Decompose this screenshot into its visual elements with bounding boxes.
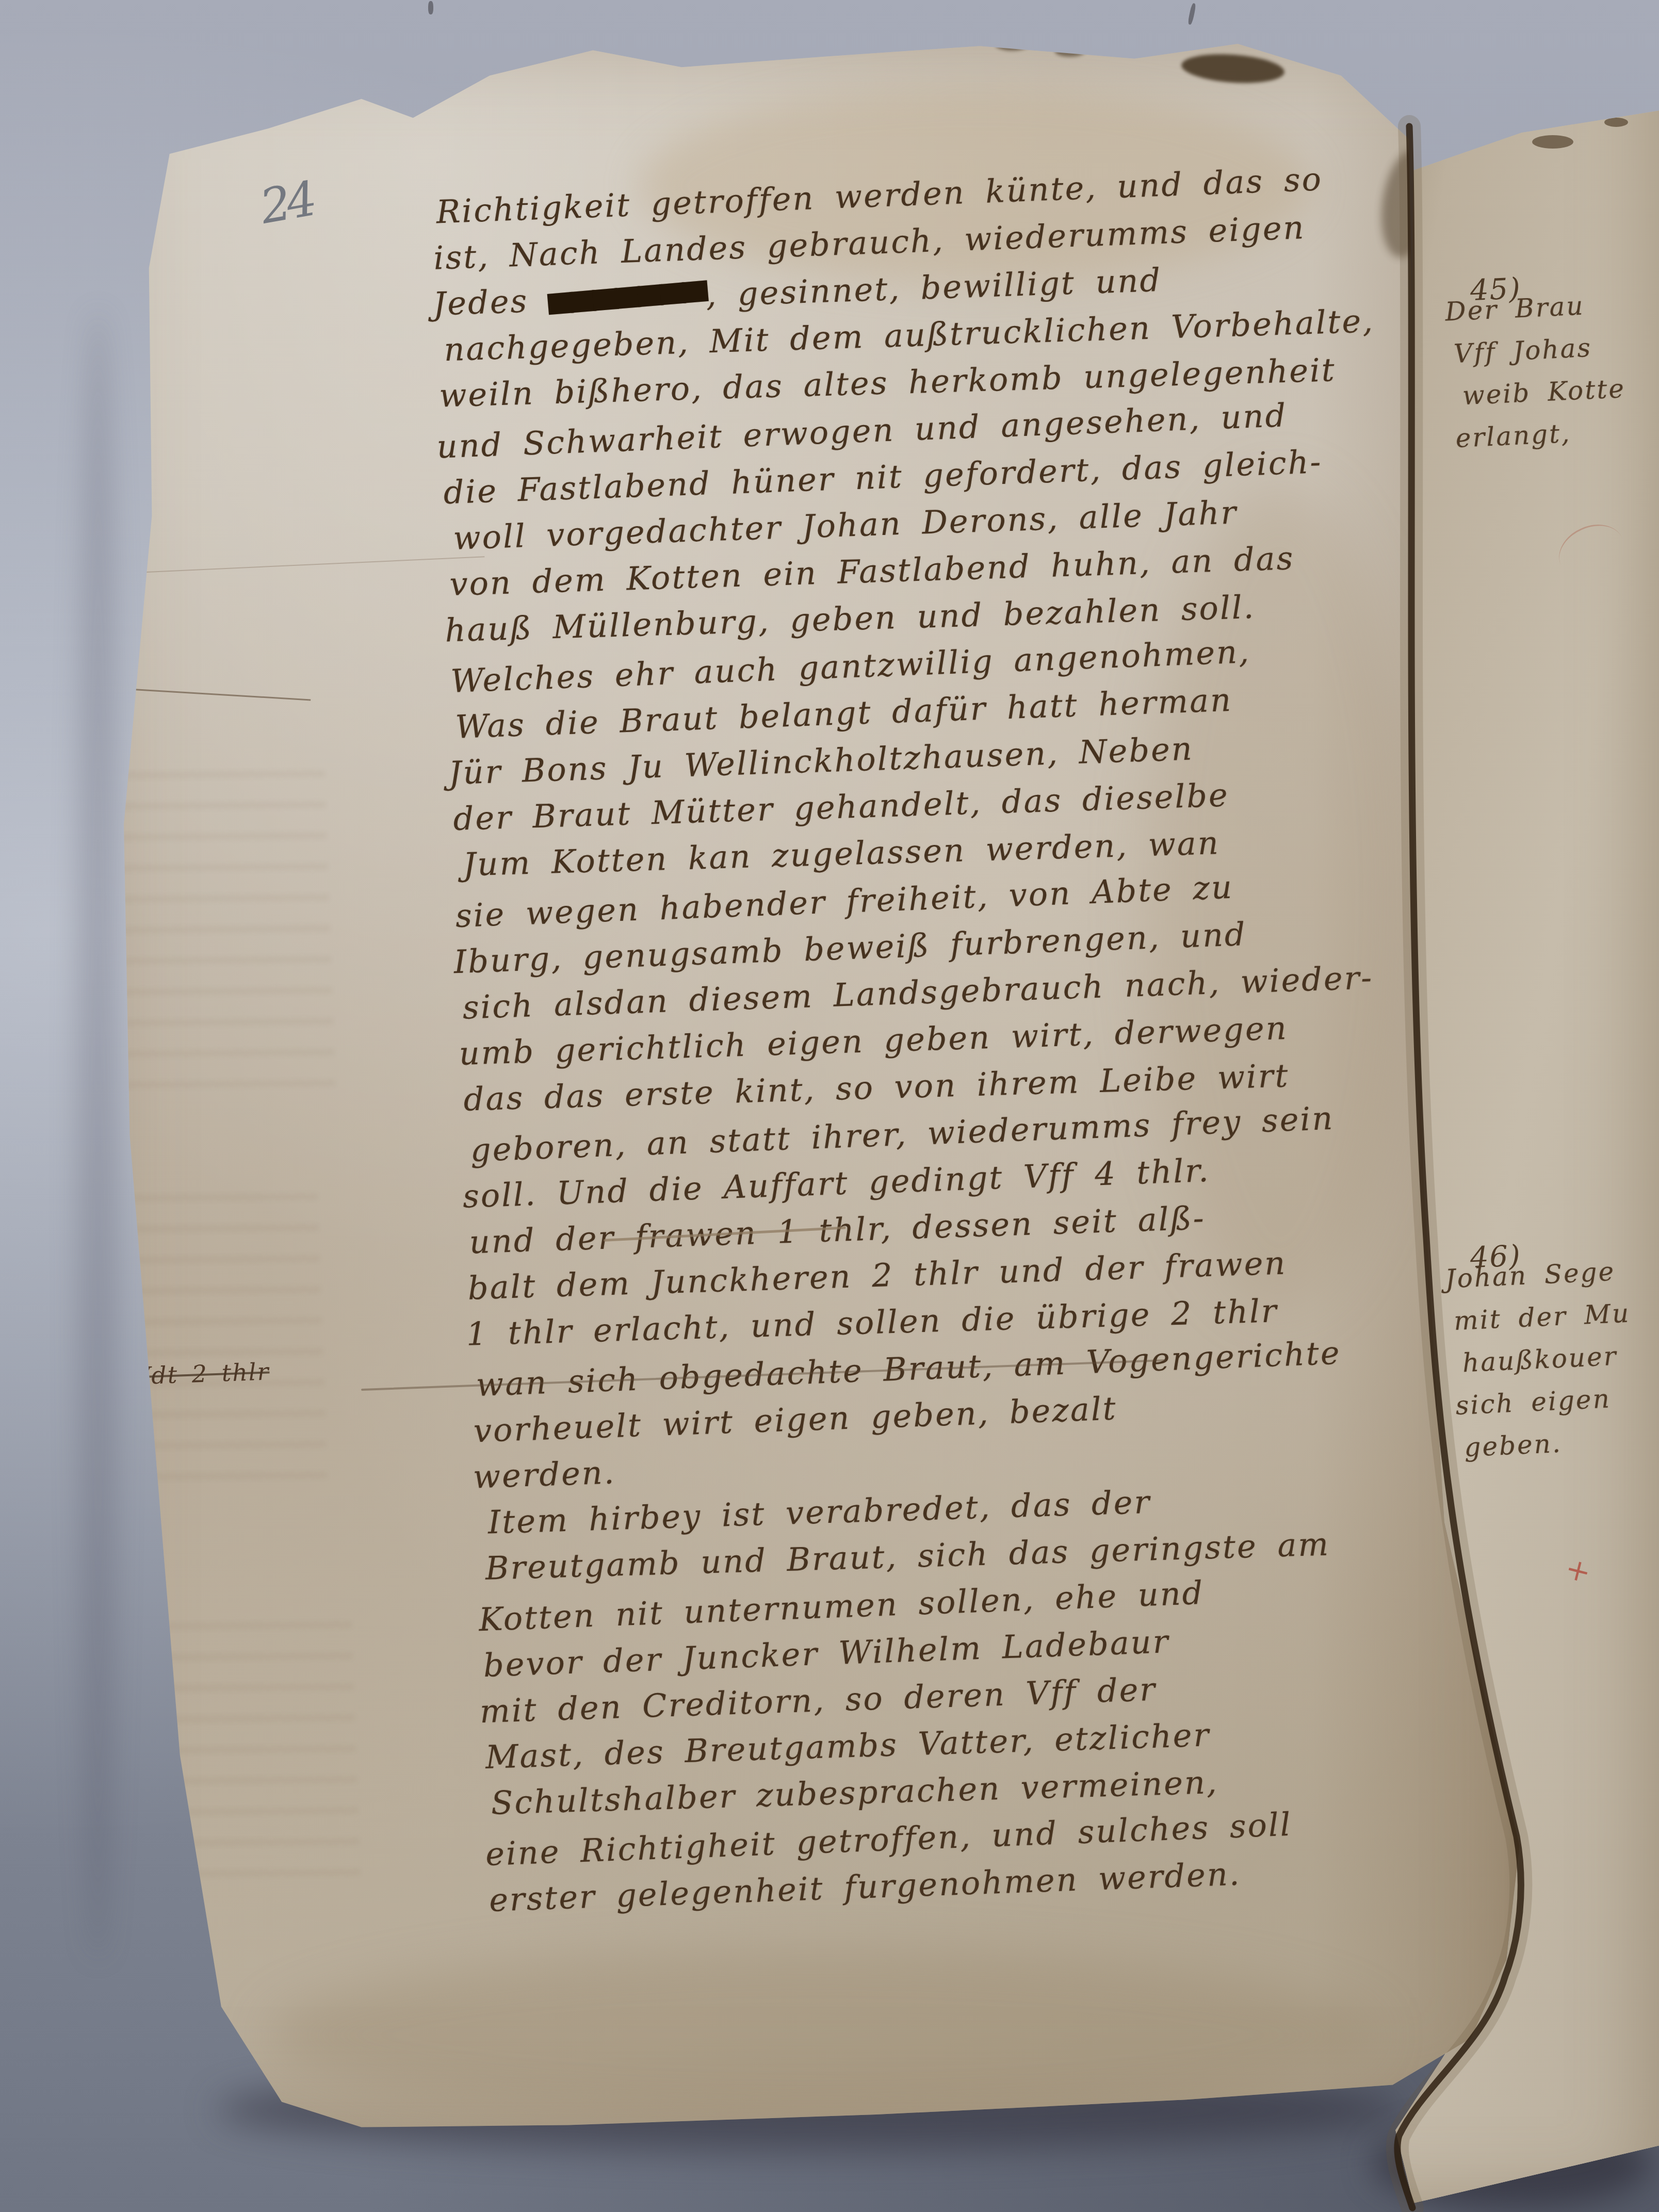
dirt-spot bbox=[1055, 46, 1085, 57]
handwriting-line: vorheuelt wirt eigen geben, bezalt bbox=[473, 1373, 1450, 1455]
handwriting-line: wan sich obgedachte Braut, am Vogengeric… bbox=[475, 1325, 1448, 1408]
handwriting-line: mit den Creditorn, so deren Vff der bbox=[479, 1655, 1459, 1735]
handwriting-line: Welches ehr auch gantzwillig angenohmen, bbox=[450, 622, 1425, 705]
handwriting-line: werden. bbox=[472, 1421, 1451, 1501]
handwriting-line: Breutgamb und Braut, sich das geringste … bbox=[485, 1517, 1455, 1591]
crease-line bbox=[124, 556, 484, 574]
left-page: 24 Richtigkeit getroffen werden künte, u… bbox=[72, 21, 1548, 2136]
handwriting-line: Jedes ███████, gesinnet, bewilligt und bbox=[432, 248, 1412, 328]
handwriting-line: Iburg, genugsamb beweiß furbrengen, und bbox=[453, 904, 1434, 985]
handwriting-line: und Schwarheit erwogen und angesehen, un… bbox=[436, 387, 1417, 470]
backdrop-speck bbox=[1188, 3, 1197, 25]
red-ink-mark: + bbox=[1562, 1550, 1595, 1590]
handwriting-line: geboren, an statt ihrer, wiederumms frey… bbox=[469, 1091, 1440, 1174]
handwriting-line: eine Richtigheit getroffen, und sulches … bbox=[485, 1794, 1464, 1878]
handwriting-line: Kotten nit unternumen sollen, ehe und bbox=[478, 1560, 1456, 1644]
handwriting-line: Item hirbey ist verabredet, das der bbox=[487, 1469, 1453, 1546]
entry-number: 45) bbox=[1469, 272, 1522, 307]
handwriting-line: Mast, des Breutgambs Vatter, etzlicher bbox=[485, 1703, 1461, 1781]
handwriting-line: soll. Und die Auffart gedingt Vff 4 thlr… bbox=[462, 1138, 1442, 1220]
handwriting-line: 1 thlr erlacht, und sollen die übrige 2 … bbox=[465, 1282, 1446, 1358]
handwriting-line: bevor der Juncker Wilhelm Ladebaur bbox=[482, 1607, 1457, 1688]
manuscript-photo: 45)Der BrauVff Johasweib Kotteerlangt,46… bbox=[0, 0, 1659, 2212]
dirt-spot bbox=[996, 39, 1029, 51]
dirt-spot bbox=[1604, 118, 1628, 127]
handwriting-line: von dem Kotten ein Fastlabend huhn, an d… bbox=[449, 531, 1422, 608]
handwriting-line: Jum Kotten kan zugelassen werden, wan bbox=[462, 813, 1431, 888]
handwriting-fragment: , gesinnet, bewilligt und bbox=[705, 261, 1162, 314]
handwriting-line: sich alsdan diesem Landsgebrauch nach, w… bbox=[462, 952, 1436, 1031]
paper-stain bbox=[1145, 485, 1413, 1310]
handwriting-line: balt dem Junckheren 2 thlr und der frawe… bbox=[467, 1234, 1445, 1312]
paper-stain bbox=[640, 88, 1310, 284]
dirt-spot bbox=[593, 25, 673, 52]
ink-blot: ███████ bbox=[547, 278, 707, 317]
handwriting-line: nachgegeben, Mit dem außtrucklichen Vorb… bbox=[443, 296, 1414, 373]
handwriting-line: das das erste kint, so von ihrem Leibe w… bbox=[463, 1048, 1439, 1123]
bleed-through bbox=[129, 1606, 361, 1902]
page-number: 24 bbox=[256, 171, 317, 235]
handwriting-line: die Fastlabend hüner nit gefordert, das … bbox=[443, 435, 1419, 516]
handwriting-line: der Braut Mütter gehandelt, das dieselbe bbox=[452, 765, 1429, 842]
page-shadow bbox=[77, 310, 119, 1960]
bleed-through bbox=[95, 1178, 328, 1505]
dirt-spot bbox=[376, 48, 486, 84]
handwriting-block: Richtigkeit getroffen werden künte, und … bbox=[428, 154, 1466, 1923]
dirt-spot bbox=[1532, 135, 1573, 149]
dirt-spot bbox=[75, 46, 153, 124]
handwriting-line: erster gelegenheit furgenohmen werden. bbox=[489, 1842, 1466, 1924]
handwriting-line: Was die Braut belangt dafür hatt herman bbox=[454, 669, 1426, 750]
entry-number: 46) bbox=[1469, 1239, 1522, 1275]
handwriting-line: und der frawen 1 thlr, dessen seit alß- bbox=[468, 1186, 1443, 1266]
backdrop-speck bbox=[428, 1, 433, 14]
handwriting-line: Jür Bons Ju Wellinckholtzhausen, Neben bbox=[448, 717, 1428, 796]
handwriting-line: woll vorgedachter Johan Derons, alle Jah… bbox=[452, 483, 1420, 562]
handwriting-line: Richtigkeit getroffen werden künte, und … bbox=[435, 152, 1409, 235]
handwriting-line: weiln bißhero, das altes herkomb ungeleg… bbox=[438, 344, 1416, 419]
handwriting-fragment: Jedes bbox=[432, 281, 549, 322]
handwriting-line: Schultshalber zubesprachen vermeinen, bbox=[491, 1751, 1462, 1826]
handwriting-line: ist, Nach Landes gebrauch, wiederumms ei… bbox=[433, 200, 1411, 282]
handwriting-line: hauß Müllenburg, geben und bezahlen soll… bbox=[444, 579, 1423, 654]
margin-note: Vdt 2 thlr bbox=[133, 1357, 270, 1390]
pencil-underline bbox=[604, 1226, 846, 1242]
dirt-spot bbox=[1180, 51, 1285, 86]
handwriting-line: sie wegen habender freiheit, von Abte zu bbox=[454, 856, 1433, 939]
bleed-through bbox=[102, 755, 336, 1113]
handwriting-line: umb gerichtlich eigen geben wirt, derweg… bbox=[458, 1000, 1437, 1077]
red-ink-trace bbox=[1551, 515, 1633, 588]
crease-line bbox=[107, 687, 311, 701]
paper-stain bbox=[268, 1950, 1377, 2120]
margin-note-dash bbox=[361, 1359, 1165, 1391]
